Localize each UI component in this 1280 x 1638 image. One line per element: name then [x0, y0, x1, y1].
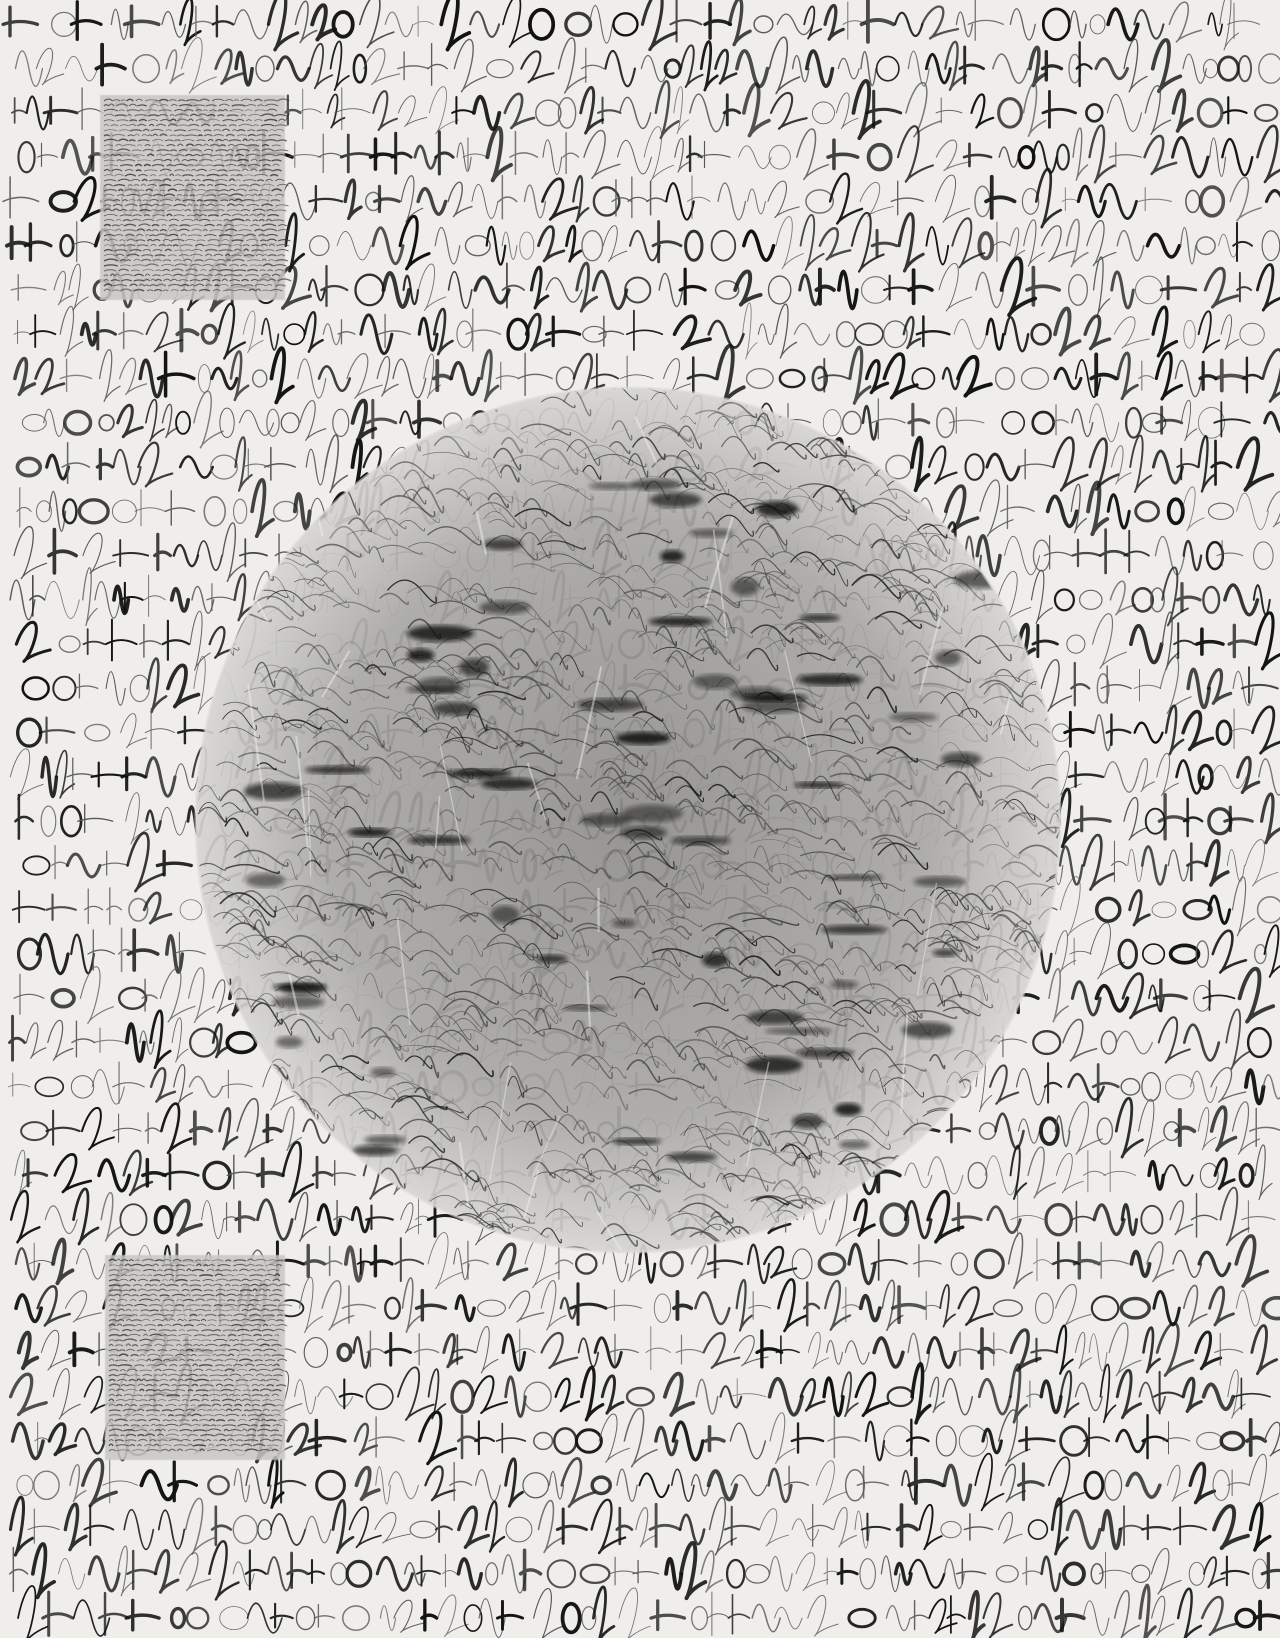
asemic-artwork — [0, 0, 1280, 1638]
collage-rectangle-1 — [100, 95, 291, 300]
artwork-canvas — [0, 0, 1280, 1638]
collage-rectangle-2 — [105, 1255, 292, 1460]
